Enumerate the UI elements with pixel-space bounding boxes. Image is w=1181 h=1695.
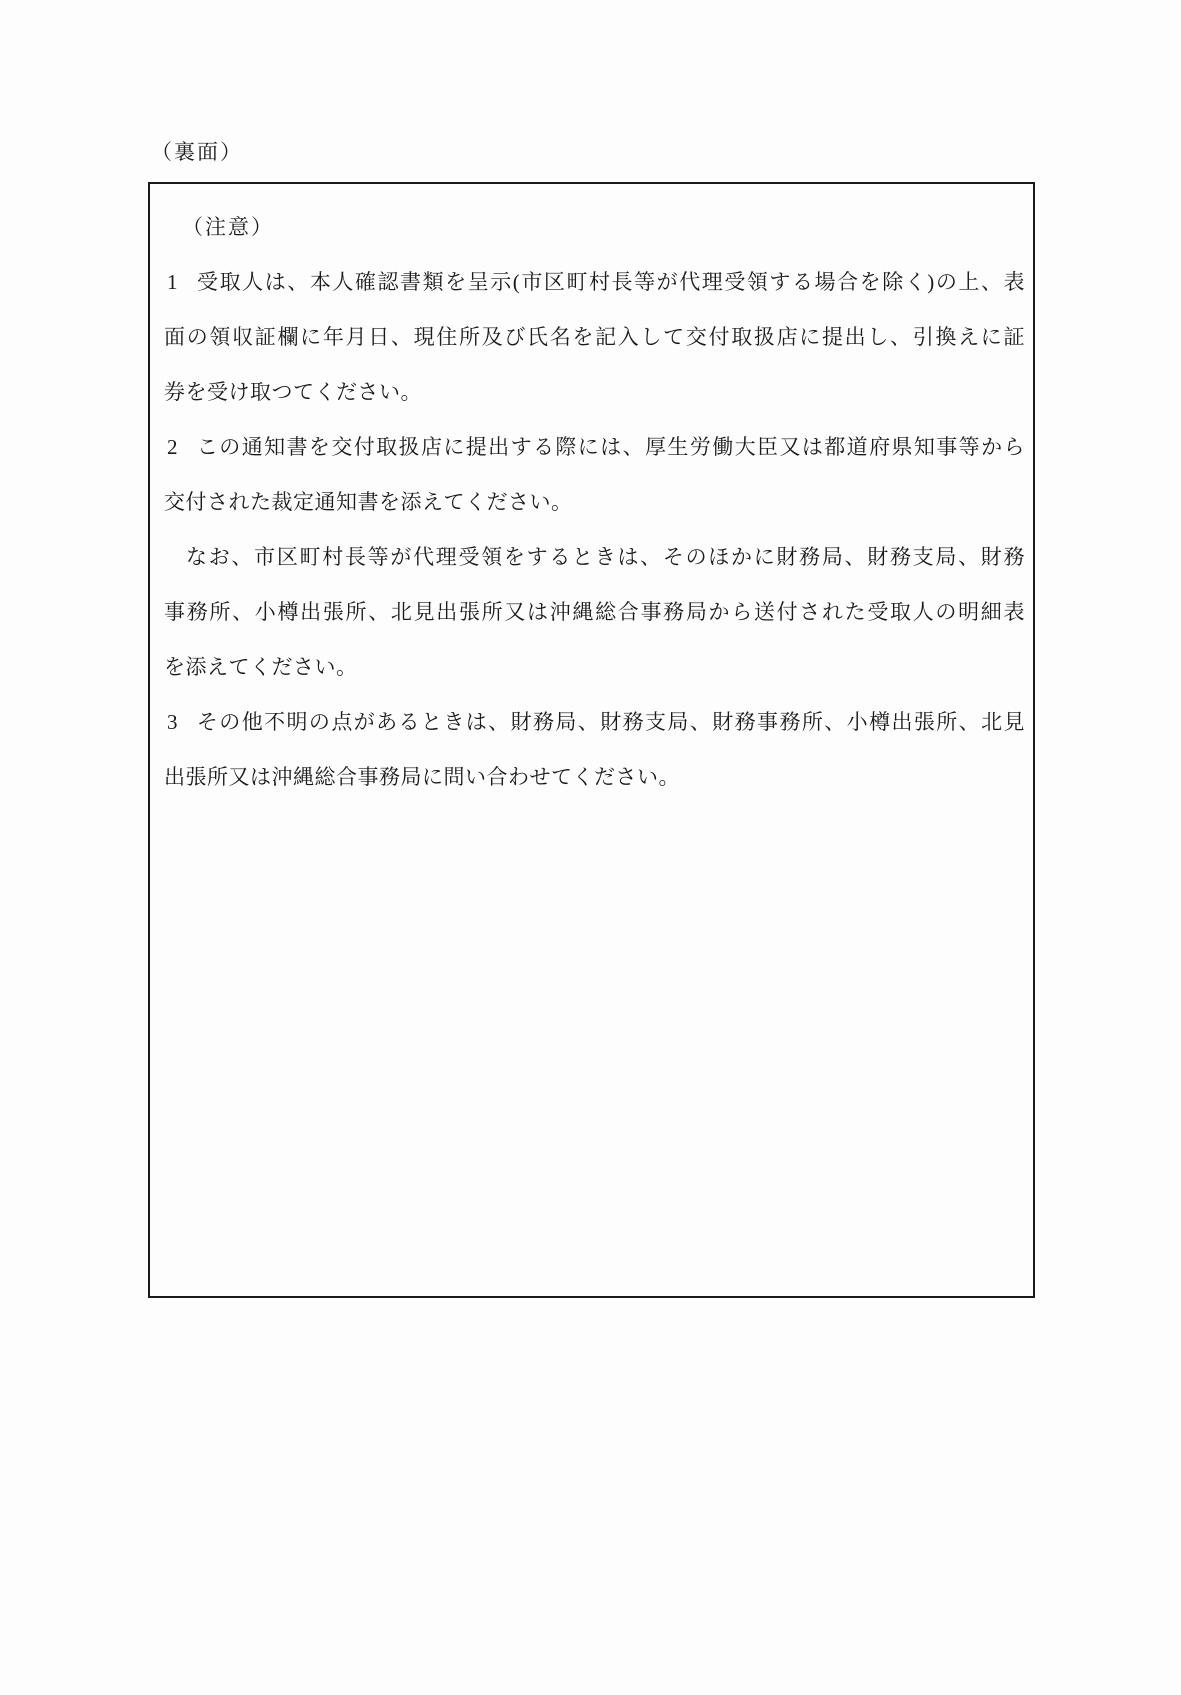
notice-box: （注意） 1受取人は、本人確認書類を呈示(市区町村長等が代理受領する場合を除く)… (148, 182, 1035, 1298)
item-3-text-1: その他不明の点があるときは、財務局、財務支局、財務事務所、小樽出張所、北見 (196, 710, 1025, 734)
item-2-note-line-1: なお、市区町村長等が代理受領をするときは、そのほかに財務局、財務支局、財務 (164, 530, 1025, 585)
item-3-line-2: 出張所又は沖縄総合事務局に問い合わせてください。 (164, 750, 1025, 805)
item-3-line-1: 3その他不明の点があるときは、財務局、財務支局、財務事務所、小樽出張所、北見 (164, 695, 1025, 750)
item-2-line-2: 交付された裁定通知書を添えてください。 (164, 475, 1025, 530)
item-2-line-1: 2この通知書を交付取扱店に提出する際には、厚生労働大臣又は都道府県知事等から (164, 420, 1025, 475)
item-2-note-line-3: を添えてください。 (164, 640, 1025, 695)
item-1-text-1: 受取人は、本人確認書類を呈示(市区町村長等が代理受領する場合を除く)の上、表 (196, 270, 1025, 294)
item-2-text-1: この通知書を交付取扱店に提出する際には、厚生労働大臣又は都道府県知事等から (196, 435, 1025, 459)
item-3-number: 3 (164, 695, 196, 750)
item-1-line-1: 1受取人は、本人確認書類を呈示(市区町村長等が代理受領する場合を除く)の上、表 (164, 255, 1025, 310)
item-2-number: 2 (164, 420, 196, 475)
document-page: （裏面） （注意） 1受取人は、本人確認書類を呈示(市区町村長等が代理受領する場… (0, 0, 1181, 1695)
notice-content: （注意） 1受取人は、本人確認書類を呈示(市区町村長等が代理受領する場合を除く)… (150, 184, 1033, 805)
item-1-number: 1 (164, 255, 196, 310)
item-2-note-line-2: 事務所、小樽出張所、北見出張所又は沖縄総合事務局から送付された受取人の明細表 (164, 585, 1025, 640)
back-side-label: （裏面） (151, 136, 243, 166)
item-1-line-3: 券を受け取つてください。 (164, 365, 1025, 420)
notice-heading: （注意） (164, 200, 1025, 255)
item-1-line-2: 面の領収証欄に年月日、現住所及び氏名を記入して交付取扱店に提出し、引換えに証 (164, 310, 1025, 365)
